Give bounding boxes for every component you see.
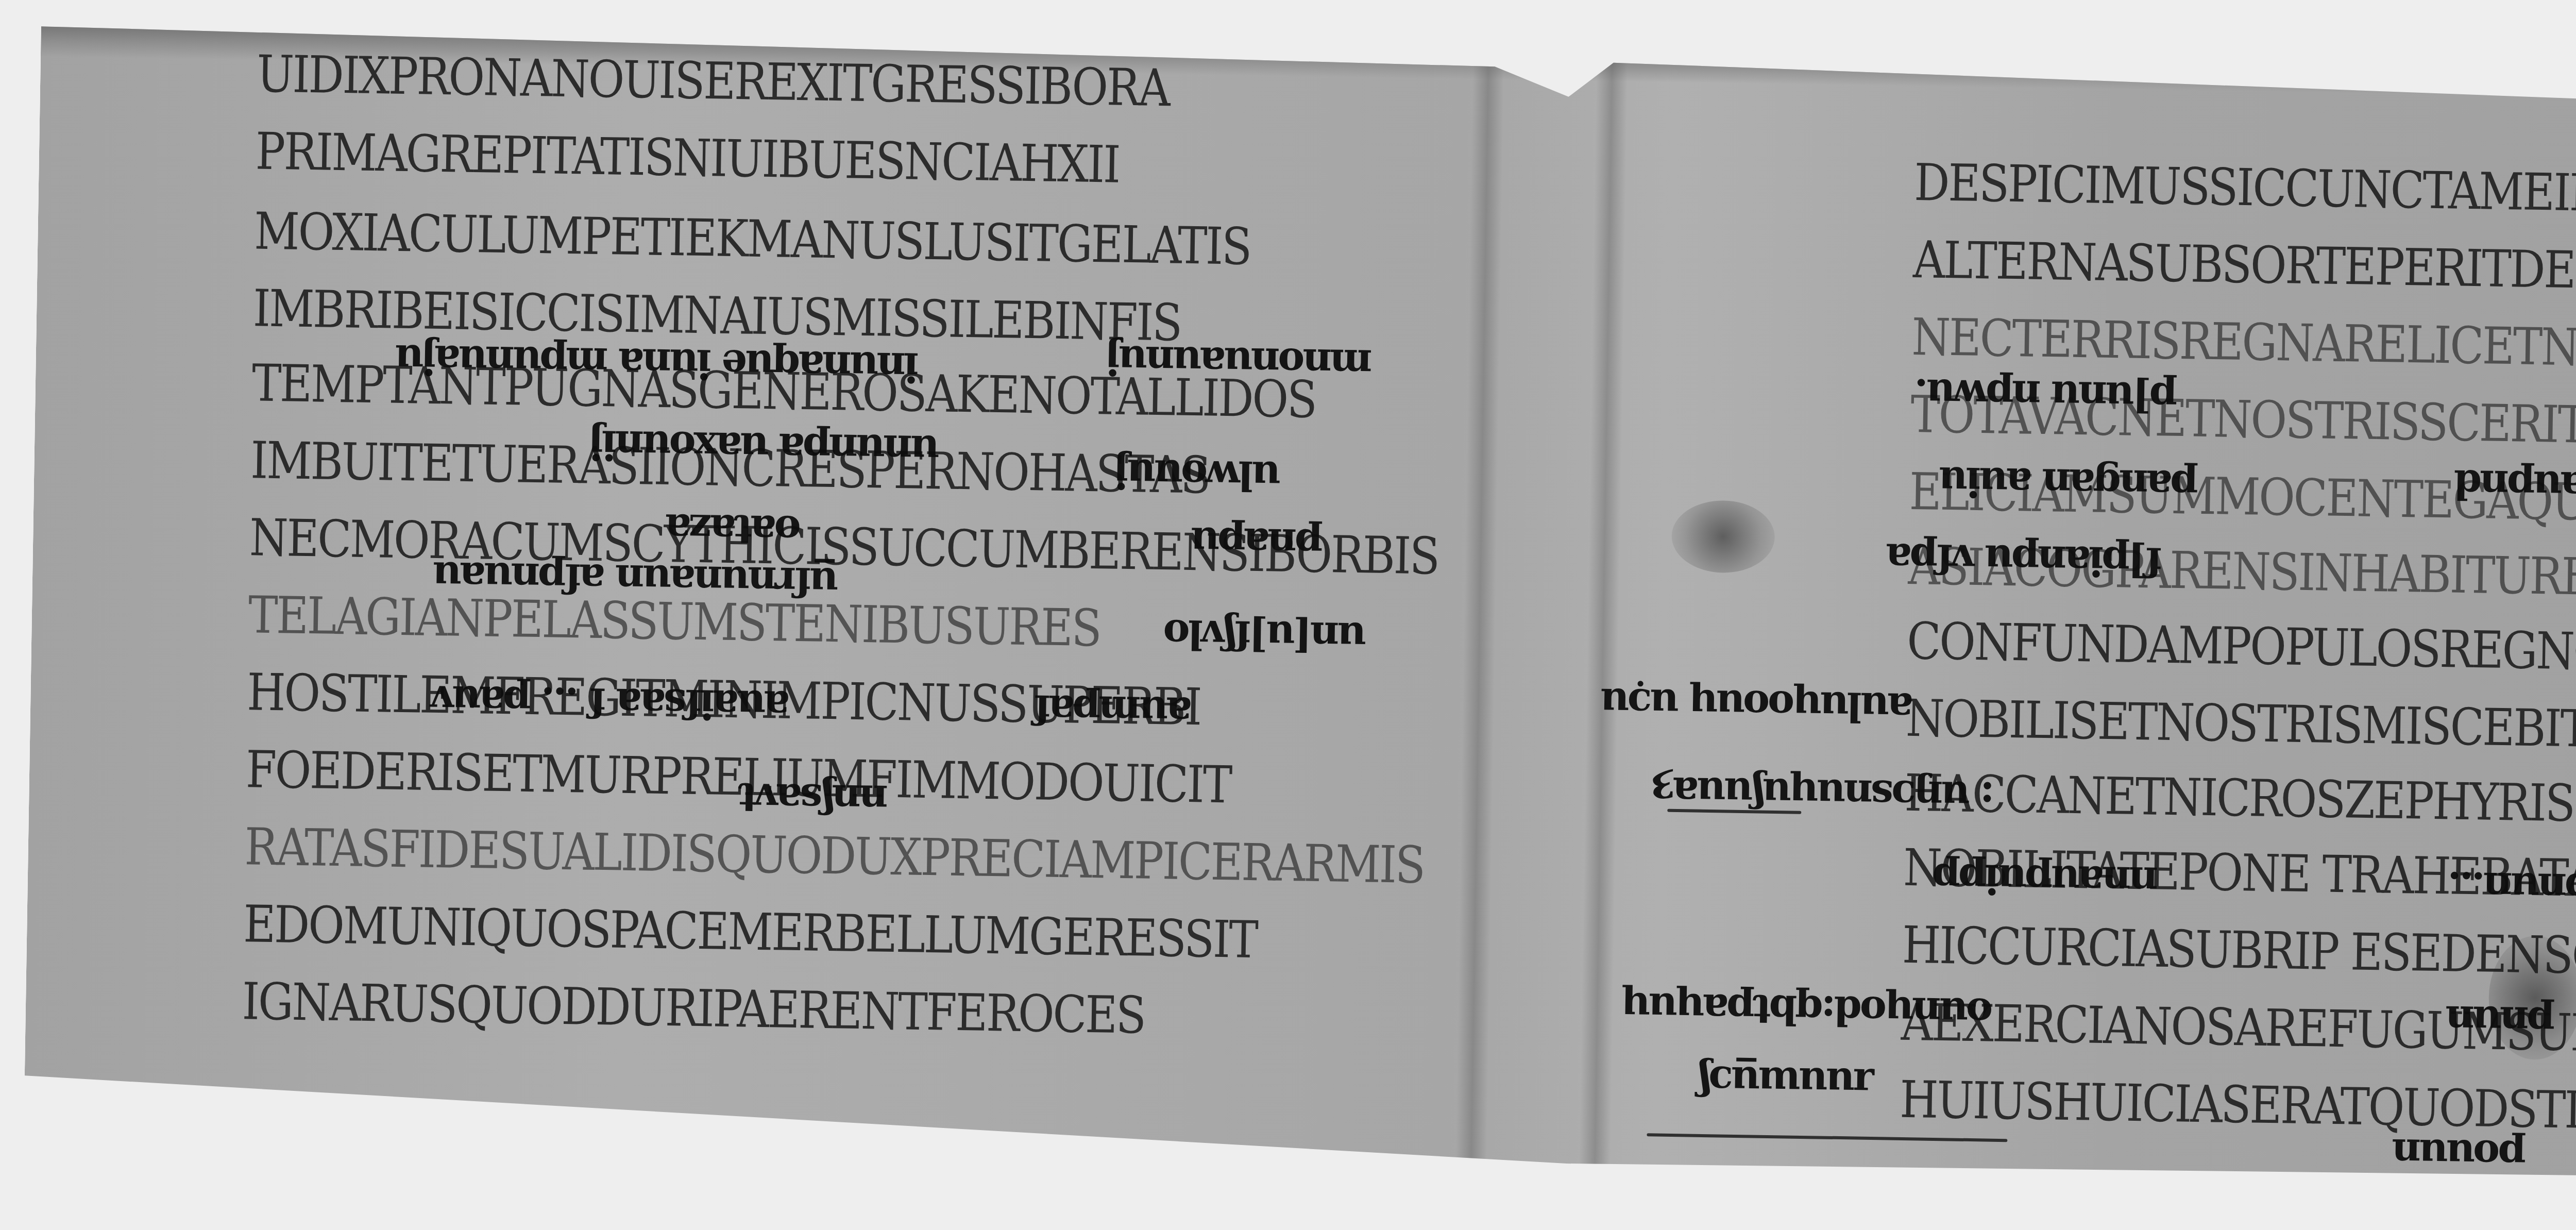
manuscript-leaf: UIDIXPRONANOUISEREXITGRESSIBORA PRIMAGRE… [23, 21, 2576, 1226]
manuscript-line: EDOMUNIQUOSPACEMERBELLUMGERESSIT [243, 895, 1258, 970]
upper-script-fragment: pnun... [2449, 863, 2576, 912]
upper-script-marginalia: ɹuuɯu̲ɔʃ [1699, 1057, 1876, 1106]
upper-script-fragment: pangan auiu [1940, 458, 2199, 509]
binding-fold-secondary [1579, 45, 1628, 1205]
manuscript-line: HACCANETNICROSZEPHYRISINUECTA [1904, 764, 2576, 837]
upper-script-fragment: aumpaſ [1035, 685, 1193, 735]
manuscript-line: NOBILISETNOSTRISMISCEBITURAULA [1905, 689, 2576, 762]
manuscript-line: RATASFIDESUALIDISQUODUXPRECIAMPICERARMIS [244, 817, 1425, 895]
manuscript-line: DESPICIMUSSICCUNCTAMEIROUERO [1914, 153, 2576, 226]
manuscript-line: NECTERRISREGNARELICETNECINULT [1911, 308, 2576, 381]
upper-script-marginalia: auluɥoouɥ uɔ̣u [1602, 679, 1913, 731]
upper-script-fragment: un[u]ſʃvlo [1165, 610, 1367, 660]
upper-script-fragment: ununpa uaxounij [590, 421, 939, 474]
upper-script-fragment: mnonuaunuj [1107, 336, 1372, 387]
binding-fold [1455, 43, 1504, 1203]
upper-script-fragment: pouun [2393, 1130, 2526, 1178]
upper-script-fragment: uaupnd [2455, 461, 2576, 510]
upper-script-fragment: auaiſsaa ſ ... pauv [432, 676, 790, 729]
upper-script-fragment: nnaupuipp [1934, 854, 2159, 905]
upper-script-fragment: ulwouuj [1116, 450, 1281, 499]
manuscript-line: HICCURCIASUBRIP ESEDENSCRUD [1902, 916, 2576, 987]
manuscript-line: ALTERNASUBSORTEPERITDEPELLIM [1912, 230, 2576, 302]
manuscript-line: PRIMAGREPITATISNIUIBUESNCIAHXII [255, 122, 1120, 195]
lower-script-right-column: DESPICIMUSSICCUNCTAMEIROUERO ALTERNASUBS… [1914, 153, 2576, 171]
upper-script-fragment: oataza [667, 504, 801, 553]
manuscript-line: MOXIACULUMPETIEKMANUSLUSITGELATIS [254, 202, 1251, 277]
ink-stain [1671, 500, 1775, 574]
upper-script-fragment: ſ]pianpu vſpa [1887, 534, 2162, 585]
lower-script-left-column: UIDIXPRONANOUISEREXITGRESSIBORA PRIMAGRE… [257, 45, 1648, 66]
underline-stroke [1647, 1133, 2007, 1142]
upper-script-fragment: pnapu [1192, 518, 1323, 567]
upper-script-fragment: pnun [2447, 997, 2555, 1045]
upper-script-marginalia: ounɥod:qbtpaɥuɥ [1623, 983, 1993, 1036]
manuscript-line: FOEDERISETMURPRELIUMFIMMODOUICIT [245, 740, 1231, 815]
manuscript-line: CONFUNDAMPOPULOSREGNORUMFOED [1907, 612, 2576, 686]
upper-script-fragment: inunaque iuna mpunuaju [396, 335, 919, 391]
upper-script-fragment: nnʃsavt [740, 773, 888, 822]
manuscript-line: IGNARUSQUODDURIPAERENTFEROCES [242, 972, 1145, 1046]
upper-script-fragment: u̲ſrnunaun aſpnuau [434, 552, 838, 605]
upper-script-fragment: p]unu npwu. [1916, 369, 2177, 420]
